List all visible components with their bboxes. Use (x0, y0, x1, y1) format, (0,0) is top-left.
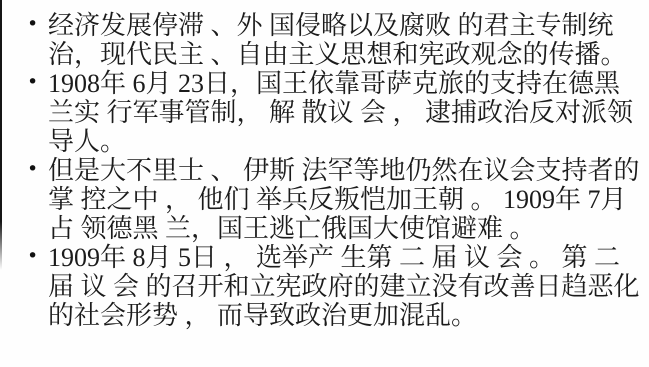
bullet-text: 1908年 6月 23日，国王依靠哥萨克旅的支持在德黑兰实 行军事管制， 解 散… (48, 69, 633, 156)
list-item: • 1908年 6月 23日，国王依靠哥萨克旅的支持在德黑兰实 行军事管制， 解… (24, 69, 643, 156)
bullet-icon: • (27, 10, 38, 39)
bullet-icon: • (27, 155, 38, 184)
bullet-text: 但是大不里士 、 伊斯 法罕等地仍然在议会支持者的 掌 控之中 ， 他们 举兵反… (48, 156, 640, 243)
list-item: • 1909年 8月 5日 ， 选举产 生第 二 届 议 会 。 第 二届 议 … (24, 243, 643, 330)
presentation-slide: • 经济发展停滞 、外 国侵略以及腐败 的君主专制统治，现代民主 、自由主义思想… (0, 0, 649, 367)
list-item: • 但是大不里士 、 伊斯 法罕等地仍然在议会支持者的 掌 控之中 ， 他们 举… (24, 156, 643, 243)
bullet-text: 经济发展停滞 、外 国侵略以及腐败 的君主专制统治，现代民主 、自由主义思想和宪… (48, 11, 627, 69)
list-item: • 经济发展停滞 、外 国侵略以及腐败 的君主专制统治，现代民主 、自由主义思想… (24, 11, 643, 69)
left-edge-line (0, 0, 2, 270)
bullet-list: • 经济发展停滞 、外 国侵略以及腐败 的君主专制统治，现代民主 、自由主义思想… (0, 0, 649, 330)
bullet-icon: • (27, 68, 38, 97)
bullet-text: 1909年 8月 5日 ， 选举产 生第 二 届 议 会 。 第 二届 议 会 … (48, 243, 640, 330)
bullet-icon: • (27, 242, 38, 271)
